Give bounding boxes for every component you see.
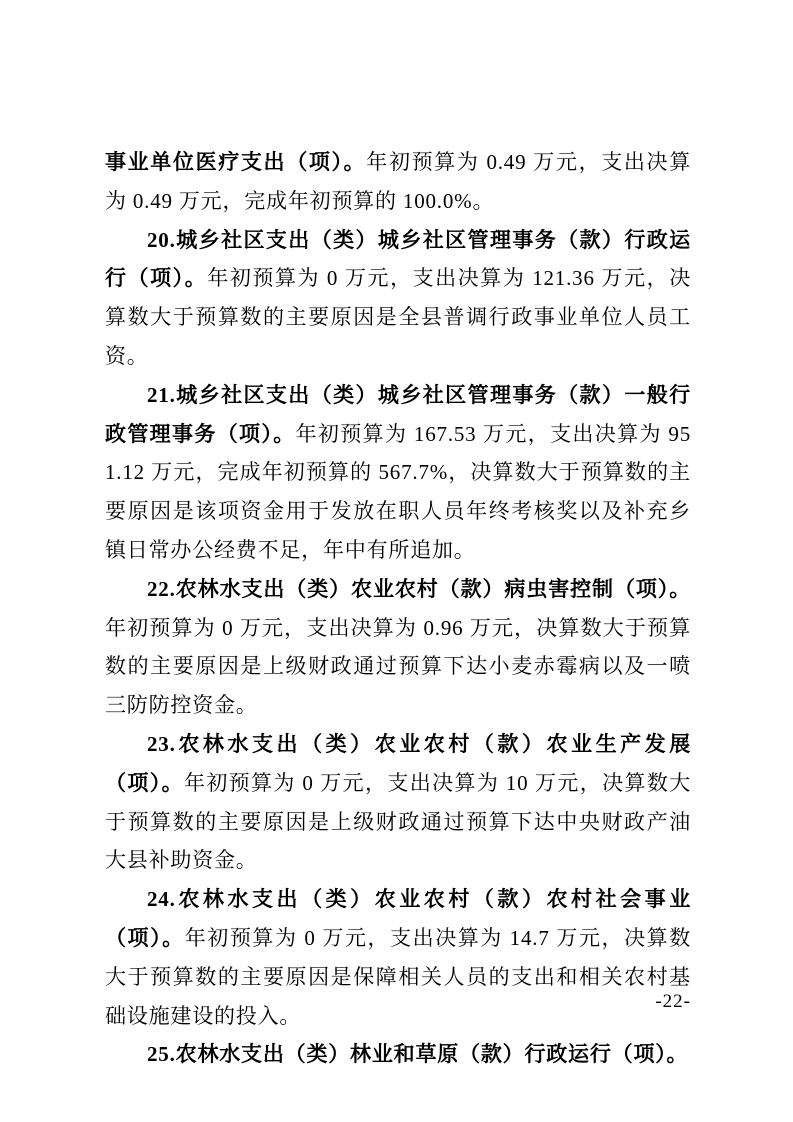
paragraph-lead: 22.农林水支出（类）农业农村（款）病虫害控制（项）。 [147,577,691,601]
paragraph-item-22: 22.农林水支出（类）农业农村（款）病虫害控制（项）。年初预算为 0 万元，支出… [105,570,691,725]
paragraph-item-21: 21.城乡社区支出（类）城乡社区管理事务（款）一般行政管理事务（项）。年初预算为… [105,376,691,570]
paragraph-lead: 25.农林水支出（类）林业和草原（款）行政运行（项）。 [147,1042,688,1066]
paragraph-item-20: 20.城乡社区支出（类）城乡社区管理事务（款）行政运行（项）。年初预算为 0 万… [105,221,691,376]
document-body: 事业单位医疗支出（项）。年初预算为 0.49 万元，支出决算为 0.49 万元，… [105,143,691,1074]
paragraph-body: 年初预算为 0 万元，支出决算为 10 万元，决算数大于预算数的主要原因是上级财… [105,771,691,873]
document-page: 事业单位医疗支出（项）。年初预算为 0.49 万元，支出决算为 0.49 万元，… [0,0,793,1122]
paragraph-continuation: 事业单位医疗支出（项）。年初预算为 0.49 万元，支出决算为 0.49 万元，… [105,143,691,221]
paragraph-item-25: 25.农林水支出（类）林业和草原（款）行政运行（项）。 [105,1035,691,1074]
paragraph-body: 年初预算为 0 万元，支出决算为 0.96 万元，决算数大于预算数的主要原因是上… [105,616,691,718]
paragraph-item-23: 23.农林水支出（类）农业农村（款）农业生产发展（项）。年初预算为 0 万元，支… [105,725,691,880]
page-number: -22- [105,991,691,1013]
paragraph-lead: 事业单位医疗支出（项）。 [105,150,366,174]
